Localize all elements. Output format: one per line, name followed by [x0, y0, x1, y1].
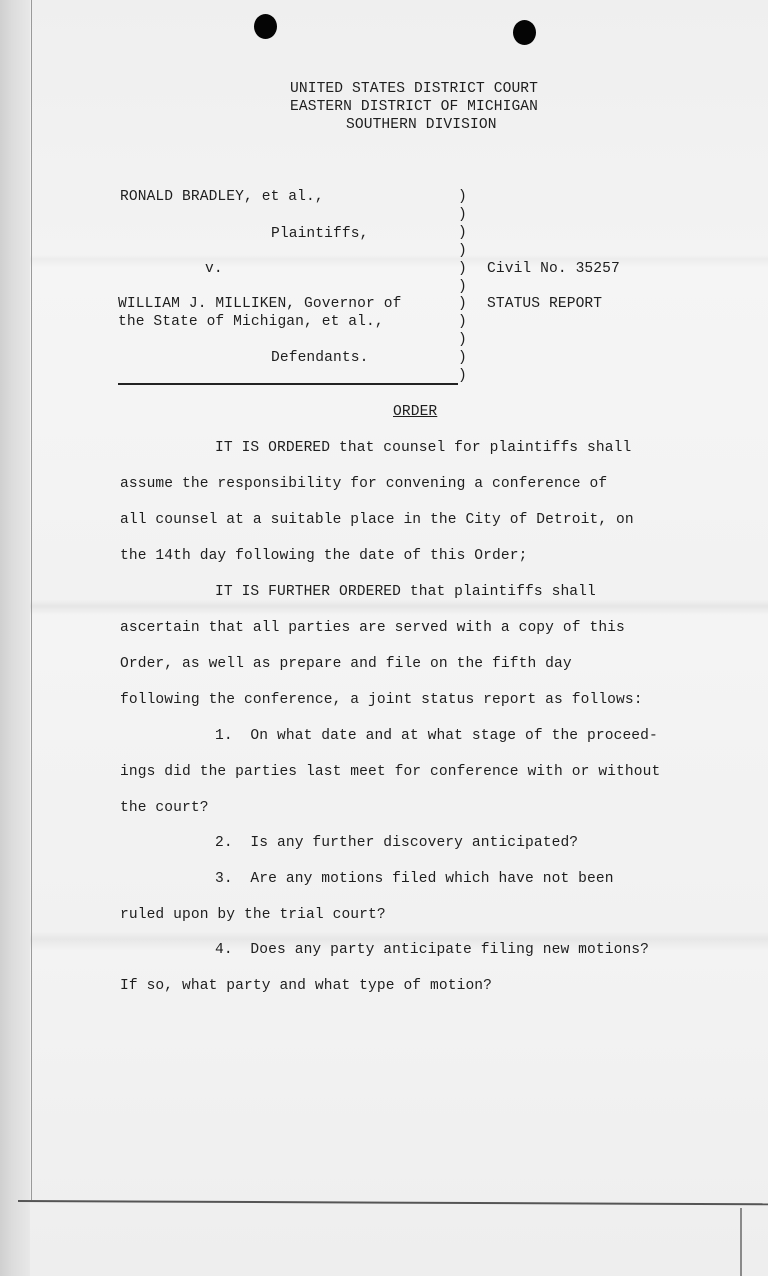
- defendant-line-2: the State of Michigan, et al.,: [118, 314, 384, 331]
- order-line: the 14th day following the date of this …: [120, 548, 527, 565]
- question-line: 1. On what date and at what stage of the…: [215, 728, 658, 745]
- caption-paren: ): [458, 350, 467, 367]
- caption-paren: ): [458, 279, 467, 296]
- question-line: the court?: [120, 800, 209, 817]
- caption-paren: ): [458, 189, 467, 206]
- defendant-role: Defendants.: [271, 350, 368, 367]
- versus: v.: [205, 261, 223, 278]
- question-line: 4. Does any party anticipate filing new …: [215, 942, 649, 959]
- caption-underline: [118, 383, 458, 385]
- caption-paren: ): [458, 243, 467, 260]
- scan-bottom-rule: [18, 1200, 768, 1205]
- plaintiff-name: RONALD BRADLEY, et al.,: [120, 189, 324, 206]
- question-line: ruled upon by the trial court?: [120, 907, 386, 924]
- plaintiff-role: Plaintiffs,: [271, 226, 368, 243]
- scan-left-edge: [0, 0, 30, 1276]
- question-line: If so, what party and what type of motio…: [120, 978, 492, 995]
- question-line: 3. Are any motions filed which have not …: [215, 871, 614, 888]
- order-line: assume the responsibility for convening …: [120, 476, 607, 493]
- caption-paren: ): [458, 261, 467, 278]
- order-line: all counsel at a suitable place in the C…: [120, 512, 634, 529]
- order-line: IT IS FURTHER ORDERED that plaintiffs sh…: [215, 584, 596, 601]
- question-line: 2. Is any further discovery anticipated?: [215, 835, 578, 852]
- order-title: ORDER: [393, 404, 437, 421]
- court-name: UNITED STATES DISTRICT COURT: [290, 81, 538, 98]
- scan-right-mark: [740, 1208, 742, 1276]
- defendant-line-1: WILLIAM J. MILLIKEN, Governor of: [118, 296, 401, 313]
- court-district: EASTERN DISTRICT OF MICHIGAN: [290, 99, 538, 116]
- caption-paren: ): [458, 225, 467, 242]
- caption-paren: ): [458, 296, 467, 313]
- document-type: STATUS REPORT: [487, 296, 602, 313]
- court-division: SOUTHERN DIVISION: [346, 117, 497, 134]
- order-line: Order, as well as prepare and file on th…: [120, 656, 572, 673]
- caption-paren: ): [458, 207, 467, 224]
- order-line: ascertain that all parties are served wi…: [120, 620, 625, 637]
- caption-paren: ): [458, 332, 467, 349]
- punch-hole-left: [254, 14, 277, 39]
- order-line: IT IS ORDERED that counsel for plaintiff…: [215, 440, 631, 457]
- document-page: UNITED STATES DISTRICT COURT EASTERN DIS…: [0, 0, 768, 1276]
- caption-paren: ): [458, 368, 467, 385]
- punch-hole-right: [513, 20, 536, 45]
- order-line: following the conference, a joint status…: [120, 692, 643, 709]
- question-line: ings did the parties last meet for confe…: [120, 764, 660, 781]
- caption-paren: ): [458, 314, 467, 331]
- case-number: Civil No. 35257: [487, 261, 620, 278]
- scan-left-rule: [31, 0, 32, 1200]
